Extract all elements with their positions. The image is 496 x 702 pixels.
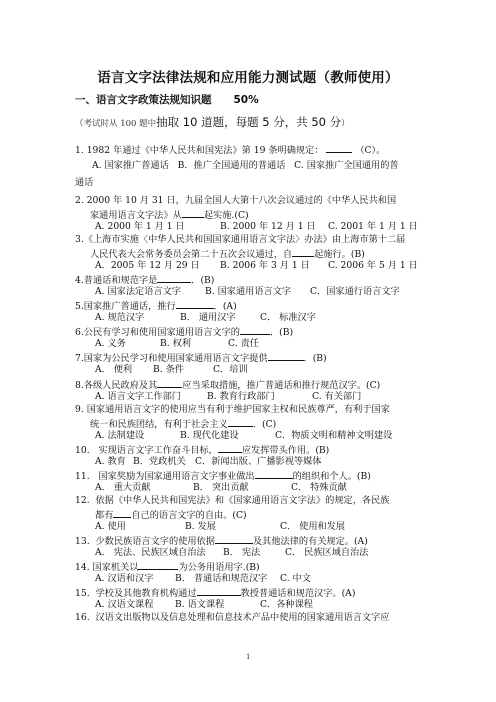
question-number: 2. <box>75 195 84 206</box>
question-12-stem-line2: 都有自己的语言文字的自由。(C) <box>95 508 247 522</box>
option-a: A. 义务 <box>95 338 160 350</box>
option-c: C． 民族区域自治法 <box>285 547 368 559</box>
question-text: 普通话和规范字是 <box>84 275 158 286</box>
option-c: C．物质文明和精神文明建设 <box>275 430 392 442</box>
option-b: B. 现代化建设 <box>180 430 275 442</box>
question-text: 汉语文出版物以及信息处理和信息技术产品中使用的国家通用语言文字应 <box>95 612 389 623</box>
answer-blank <box>182 208 204 218</box>
answer-blank <box>157 273 191 283</box>
question-12-stem-line1: 12. 依据《中华人民共和国宪法》和《国家通用语言文字法》的规定，各民族 <box>75 495 389 507</box>
option-a: A. 教育 <box>95 456 133 468</box>
question-answer: ．(A) <box>214 301 237 312</box>
question-number: 15. <box>75 588 90 599</box>
question-answer: 应发挥带头作用。(B) <box>242 445 329 456</box>
option-a: A. 国家推广普通话 <box>92 160 169 172</box>
question-2-stem-line2: 家通用语言文字法》从起实施.(C) <box>90 208 249 222</box>
question-number: 1. <box>75 145 84 156</box>
question-2-options: A. 2000 年 1 月 1 日B. 2000 年 12 月 1 日C. 20… <box>95 221 418 233</box>
question-number: 6. <box>75 327 84 338</box>
option-c: C. 有关部门 <box>312 391 361 403</box>
question-text: 家通用语言文字法》从 <box>90 210 182 221</box>
question-9-options: A. 法制建设B. 现代化建设C．物质文明和精神文明建设 <box>95 430 392 442</box>
answer-blank <box>176 299 214 309</box>
question-text: 实现语言文字工作奋斗目标， <box>98 445 217 456</box>
option-b: B. 语文课程 <box>175 599 260 611</box>
option-c: C. 责任 <box>228 338 259 350</box>
option-a: A. 国家法定语言文字 <box>95 286 205 298</box>
option-b: B. 发展 <box>185 521 280 533</box>
option-b: B. 条件 <box>153 364 213 376</box>
option-a: A. 法制建设 <box>95 430 180 442</box>
question-text: 国家通用语言文字的使用应当有利于维护国家主权和民族尊严，有利于国家 <box>87 404 390 415</box>
question-answer: 应当采取措施，推广普通话和推行规范汉字。(C) <box>182 380 380 391</box>
question-text: 公民有学习和使用国家通用语言文字的 <box>84 327 240 338</box>
option-a: A. 汉语文课程 <box>95 599 175 611</box>
answer-blank <box>268 351 304 361</box>
option-c: C． 特殊贡献 <box>291 482 347 494</box>
option-c: C. 国家推广全国通用的普 <box>294 160 398 172</box>
answer-blank <box>215 534 253 544</box>
question-number: 13. <box>75 536 90 547</box>
question-text: 国家机关以 <box>93 562 139 573</box>
exam-note-close: ） <box>341 119 350 129</box>
question-15-options: A. 汉语文课程B. 语文课程C．各种课程 <box>95 599 313 611</box>
question-number: 11. <box>75 471 90 482</box>
option-a: A. 使用 <box>95 521 185 533</box>
question-10-stem: 10. 实现语言文字工作奋斗目标，应发挥带头作用。(B) <box>75 443 329 457</box>
question-text: 国家奖励为国家通用语言文字事业做出 <box>98 471 254 482</box>
answer-blank <box>113 508 131 518</box>
section-heading-text: 一、语言文字政策法规知识题 <box>75 94 212 106</box>
question-10-options: A. 教育B．党政机关C．新闻出版、广播影视等媒体 <box>95 456 321 468</box>
option-a: A． 重大贡献 <box>95 482 193 494</box>
question-9-stem-line2: 统一和民族团结，有利于社会主义．(C) <box>90 417 276 431</box>
option-a: A． 宪法、民族区域自治法 <box>95 547 223 559</box>
question-13-stem: 13. 少数民族语言文字的使用依据及其他法律的有关规定。(A) <box>75 534 368 548</box>
question-8-options: A. 语言文字工作部门B. 教育行政部门C. 有关部门 <box>95 391 361 403</box>
question-number: 9. <box>75 404 84 415</box>
question-text: 1982 年通过《中华人民共和国宪法》第 19 条明确规定： <box>87 145 324 156</box>
question-answer: 起施行。(B) <box>314 249 365 260</box>
question-9-stem-line1: 9. 国家通用语言文字的使用应当有利于维护国家主权和民族尊严，有利于国家 <box>75 404 390 416</box>
answer-blank <box>255 469 293 479</box>
question-2-stem-line1: 2. 2000 年 10 月 31 日，九届全国人大第十八次会议通过的《中华人民… <box>75 195 396 207</box>
option-a: A． 便利 <box>95 364 153 376</box>
question-7-options: A． 便利B. 条件C．培训 <box>95 364 248 376</box>
question-number: 8. <box>75 380 84 391</box>
question-answer: 为公务用语用字.(B) <box>178 562 259 573</box>
option-a: A．2005 年 12 月 29 日 <box>95 260 220 272</box>
exam-note-small: （考试时从 100 题中 <box>75 119 156 129</box>
option-b: B．党政机关 <box>133 456 195 468</box>
question-answer: （C）。 <box>355 145 385 156</box>
option-c: C．各种课程 <box>260 599 313 611</box>
question-8-stem: 8.各级人民政府及其应当采取措施，推广普通话和推行规范汉字。(C) <box>75 378 380 392</box>
question-text: 都有 <box>95 510 113 521</box>
question-3-options: A．2005 年 12 月 29 日B. 2006 年 3 月 1 日C. 20… <box>95 260 418 272</box>
option-c: C．新闻出版、广播影视等媒体 <box>195 456 321 468</box>
question-14-stem: 14. 国家机关以为公务用语用字.(B) <box>75 560 260 574</box>
option-b: B. 2000 年 12 月 1 日 <box>220 221 328 233</box>
question-number: 7. <box>75 353 84 364</box>
question-answer: 及其他法律的有关规定。(A) <box>253 536 368 547</box>
option-b: B. 2006 年 3 月 1 日 <box>220 260 328 272</box>
question-5-options: A. 规范汉字B． 通用汉字C． 标准汉字 <box>95 312 316 324</box>
option-b: B． 宪法 <box>223 547 285 559</box>
question-answer: 教授普通话和规范汉字。(A) <box>241 588 356 599</box>
option-a: A. 语言文字工作部门 <box>95 391 207 403</box>
question-answer: 自己的语言文字的自由。(C) <box>131 510 246 521</box>
option-b: B．推广全国通用的普通话 <box>178 160 286 172</box>
question-number: 12. <box>75 495 90 506</box>
option-c: C．国家通行语言文字 <box>310 286 400 298</box>
question-number: 14. <box>75 562 90 573</box>
answer-blank <box>228 417 253 427</box>
option-b: B. 权利 <box>160 338 228 350</box>
option-b: B． 突出贡献 <box>193 482 291 494</box>
answer-blank <box>157 378 182 388</box>
question-11-options: A． 重大贡献B． 突出贡献C． 特殊贡献 <box>95 482 347 494</box>
answer-blank <box>197 586 241 596</box>
question-text: 少数民族语言文字的使用依据 <box>95 536 214 547</box>
question-text: 各级人民政府及其 <box>84 380 158 391</box>
answer-blank <box>138 560 178 570</box>
question-5-stem: 5.国家推广普通话，推行．(A) <box>75 299 237 313</box>
question-11-stem: 11. 国家奖励为国家通用语言文字事业做出的组织和个人。(B) <box>75 469 371 483</box>
document-page: 语言文字法律法规和应用能力测试题（教师使用） 一、语言文字政策法规知识题50% … <box>0 0 496 702</box>
exam-note: （考试时从 100 题中抽取 10 道题，每题 5 分，共 50 分） <box>75 114 350 130</box>
question-text: 人民代表大会常务委员会第二十五次会议通过，自 <box>90 249 292 260</box>
option-c: C. 2001 年 1 月 1 日 <box>328 221 418 233</box>
question-4-stem: 4.普通话和规范字是．(B) <box>75 273 214 287</box>
question-6-options: A. 义务B. 权利C. 责任 <box>95 338 259 350</box>
question-number: 4. <box>75 275 84 286</box>
option-b: B． 通用汉字 <box>180 312 260 324</box>
question-text: 依据《中华人民共和国宪法》和《国家通用语言文字法》的规定，各民族 <box>95 495 389 506</box>
question-text: 学校及其他教育机构通过 <box>95 588 196 599</box>
question-text: 《上海市实施〈中华人民共和国国家通用语言文字法〉办法》由上海市第十二届 <box>84 234 406 245</box>
answer-blank <box>326 143 352 153</box>
answer-blank <box>292 247 314 257</box>
option-a: A. 规范汉字 <box>95 312 180 324</box>
option-b: B. 教育行政部门 <box>207 391 312 403</box>
option-c: C．培训 <box>213 364 248 376</box>
question-3-stem-line1: 3.《上海市实施〈中华人民共和国国家通用语言文字法〉办法》由上海市第十二届 <box>75 234 405 246</box>
question-answer: ．(C) <box>253 419 276 430</box>
option-c: C． 使用和发展 <box>280 521 345 533</box>
question-answer: ．(B) <box>270 327 293 338</box>
option-a: A. 2000 年 1 月 1 日 <box>95 221 220 233</box>
question-number: 5. <box>75 301 84 312</box>
question-1-options-cont: 通话 <box>75 177 93 189</box>
question-1-options: A. 国家推广普通话 B．推广全国通用的普通话 C. 国家推广全国通用的普 <box>92 160 399 172</box>
option-c: C． 标准汉字 <box>260 312 316 324</box>
option-a: A. 汉语和汉字 <box>95 573 175 585</box>
question-1-stem: 1. 1982 年通过《中华人民共和国宪法》第 19 条明确规定： （C）。 <box>75 143 385 157</box>
question-answer: 的组织和个人。(B) <box>293 471 371 482</box>
question-number: 3. <box>75 234 84 245</box>
document-title: 语言文字法律法规和应用能力测试题（教师使用） <box>0 66 496 86</box>
option-b: B. 国家通用语言文字 <box>205 286 310 298</box>
question-7-stem: 7.国家为公民学习和使用国家通用语言文字提供．(B) <box>75 351 327 365</box>
question-answer: ．(B) <box>304 353 327 364</box>
option-c: C. 2006 年 5 月 1 日 <box>328 260 418 272</box>
question-13-options: A． 宪法、民族区域自治法B． 宪法C． 民族区域自治法 <box>95 547 368 559</box>
question-6-stem: 6.公民有学习和使用国家通用语言文字的．(B) <box>75 325 293 339</box>
answer-blank <box>240 325 270 335</box>
question-16-stem-line1: 16. 汉语文出版物以及信息处理和信息技术产品中使用的国家通用语言文字应 <box>75 612 389 624</box>
question-number: 16. <box>75 612 90 623</box>
exam-note-large: 抽取 10 道题，每题 5 分，共 50 分 <box>156 115 341 129</box>
question-15-stem: 15. 学校及其他教育机构通过教授普通话和规范汉字。(A) <box>75 586 355 600</box>
question-4-options: A. 国家法定语言文字B. 国家通用语言文字C．国家通行语言文字 <box>95 286 400 298</box>
option-b: B． 普通话和规范汉字 <box>175 573 280 585</box>
section-weight: 50% <box>234 94 259 106</box>
question-number: 10. <box>75 445 90 456</box>
page-number: 1 <box>246 653 250 661</box>
question-3-stem-line2: 人民代表大会常务委员会第二十五次会议通过，自起施行。(B) <box>90 247 365 261</box>
question-12-options: A. 使用B. 发展C． 使用和发展 <box>95 521 345 533</box>
question-14-options: A. 汉语和汉字B． 普通话和规范汉字C. 中文 <box>95 573 311 585</box>
question-answer: ．(B) <box>191 275 214 286</box>
question-answer: 起实施.(C) <box>204 210 249 221</box>
option-c: C. 中文 <box>280 573 311 585</box>
question-text: 国家推广普通话，推行 <box>84 301 176 312</box>
question-text: 国家为公民学习和使用国家通用语言文字提供 <box>84 353 268 364</box>
question-text: 统一和民族团结，有利于社会主义 <box>90 419 228 430</box>
section-heading: 一、语言文字政策法规知识题50% <box>75 92 259 107</box>
answer-blank <box>218 443 242 453</box>
question-text: 2000 年 10 月 31 日，九届全国人大第十八次会议通过的《中华人民共和国 <box>87 195 396 206</box>
